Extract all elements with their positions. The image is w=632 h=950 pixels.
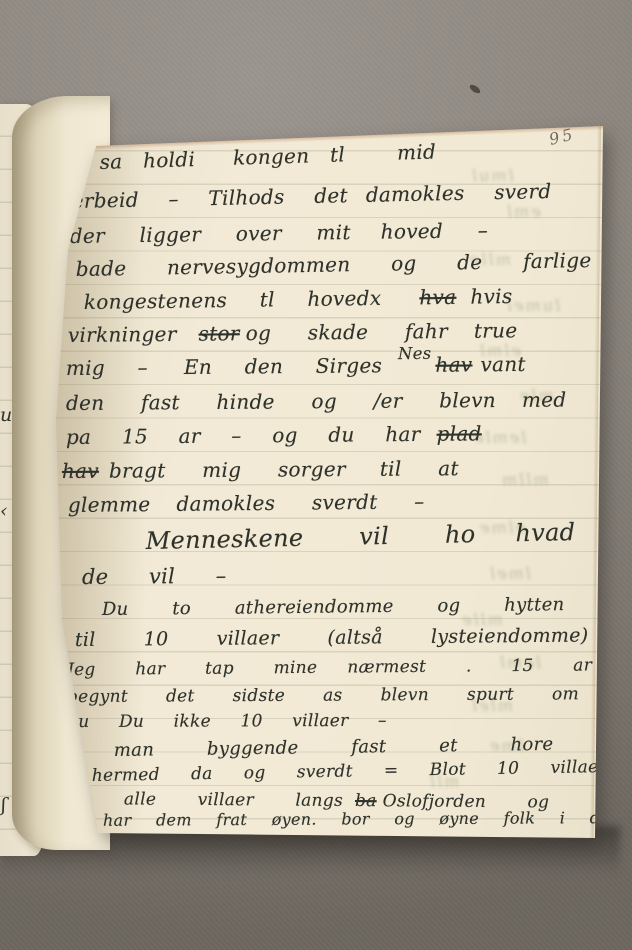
handwriting-word: til at [380, 456, 459, 481]
handwriting-word: nu alle villaer langs [60, 789, 343, 811]
handwriting-word: virkninger [68, 322, 177, 347]
handwriting-word: med [522, 388, 567, 412]
backdrop-speck [468, 83, 481, 95]
handwriting-line: man byggende fast et hore og [114, 733, 630, 761]
photo-backdrop: lmulemlmllelumelelmlmlelemlemllmelmelmel… [0, 0, 632, 950]
handwriting-word: begynt det sidste as blevn spurt om [67, 684, 579, 707]
handwriting-word: pa 15 ar – og du har [66, 422, 421, 449]
handwriting-word: nu Du ikke 10 villaer – [67, 711, 387, 732]
ghost-showthrough-text: lumel [505, 296, 560, 315]
notebook-page-wrap: lmulemlmllelumelelmlmlelemlemllmelmelmel… [50, 118, 616, 850]
handwriting-word: Menneskene vil ho [145, 520, 475, 555]
handwriting-struck-word: ba [355, 791, 377, 811]
handwriting-line: mig –En den SirgesNeshavvant [66, 352, 526, 380]
handwriting-word: bade nervesygdommen og de farlige [76, 248, 592, 281]
handwriting-word: hermed da og sverdt = Blot 10 villaer – [92, 756, 632, 786]
handwriting-word: true [474, 318, 518, 342]
handwriting-word: de vil – [82, 564, 227, 589]
handwriting-word: hvis [470, 284, 512, 309]
handwriting-struck-word: hva [419, 285, 456, 310]
ghost-showthrough-text: lmel [488, 564, 531, 583]
handwriting-word: glemme [68, 492, 151, 517]
handwriting-word: til 10 villaer (altså lysteiendomme) [75, 625, 589, 651]
handwriting-word: den fast hinde og /er blevn [66, 388, 496, 415]
handwriting-struck-word: plad [436, 421, 481, 445]
handwriting-word: Jeg har tap mine [67, 658, 318, 680]
handwriting-word: kongestenens tl hovedx [84, 286, 382, 314]
handwriting-line: den fast hinde og /er blevnmed [66, 388, 567, 415]
left-page-ink-fragment: ‹ [0, 500, 8, 522]
handwriting-word: En den Sirges [184, 353, 382, 379]
handwriting-word: bragt mig sorger [109, 457, 346, 483]
handwriting-word: nærmest . 15 ar [347, 655, 592, 677]
handwriting-word: mig – [66, 355, 148, 380]
handwriting-word: sa holdi [99, 147, 195, 174]
handwriting-line: havbragt mig sorgertil at [62, 456, 459, 483]
handwriting-line: Menneskene vil hohvad [145, 518, 575, 555]
left-page-ink-fragment: ʃ [1, 794, 6, 816]
handwriting-word: hoved – [381, 218, 489, 243]
handwriting-inserted-word: Nes [398, 344, 432, 363]
handwriting-word: hvad [515, 518, 575, 547]
handwriting-line: de vil – [82, 564, 227, 589]
handwriting-line: og har dem frat øyen. bor og øyne folk i… [58, 808, 632, 830]
handwriting-line: glemmedamokles sverdt – [68, 489, 425, 517]
handwriting-struck-word: stor [198, 321, 239, 345]
handwriting-struck-word: hav [435, 352, 472, 376]
handwriting-word: erbeid – Tilhods det [71, 183, 348, 213]
handwriting-word: og har dem frat øyen. bor og øyne folk i… [58, 808, 632, 830]
handwriting-line: pa 15 ar – og du harplad [66, 421, 482, 449]
handwriting-word: mid [397, 139, 437, 164]
handwriting-word: og skade fahr [246, 319, 448, 345]
handwriting-word: kongen tl [233, 142, 346, 170]
handwriting-word: damokles sverdt – [176, 489, 424, 516]
handwriting-line: der ligger over mithoved – [70, 218, 489, 248]
ghost-showthrough-text: eml [505, 202, 541, 221]
handwriting-line: virkningerstorog skade fahrtrue [68, 318, 518, 347]
handwriting-line: til 10 villaer (altså lysteiendomme) [75, 625, 589, 651]
handwriting-word: man byggende fast et hore og [114, 733, 630, 761]
ghost-showthrough-text: mllm [500, 470, 549, 489]
handwriting-word: Du to athereiendomme og hytten blev [102, 593, 632, 620]
handwriting-struck-word: hav [62, 459, 99, 483]
notebook-page: lmulemlmllelumelelmlmlelemlemllmelmelmel… [50, 118, 616, 850]
handwriting-line: Jeg har tap minenærmest . 15 arble [67, 655, 632, 680]
handwriting-line: bade nervesygdommen og de farlige [76, 248, 592, 281]
handwriting-line: begynt det sidste as blevn spurt om [67, 684, 579, 707]
handwriting-line: Du to athereiendomme og hytten blev [102, 593, 632, 620]
handwriting-line: nu Du ikke 10 villaer – [67, 711, 387, 732]
page-number: 95 [547, 124, 577, 149]
handwriting-line: kongestenens tl hovedxhvahvis [84, 284, 513, 314]
handwriting-word: damokles sverd [366, 179, 552, 207]
left-page-ink-fragment: u [0, 404, 12, 426]
handwriting-struck-word: ble [606, 655, 632, 675]
handwriting-word: vant [480, 352, 526, 376]
handwriting-word: der ligger over mit [70, 220, 351, 248]
